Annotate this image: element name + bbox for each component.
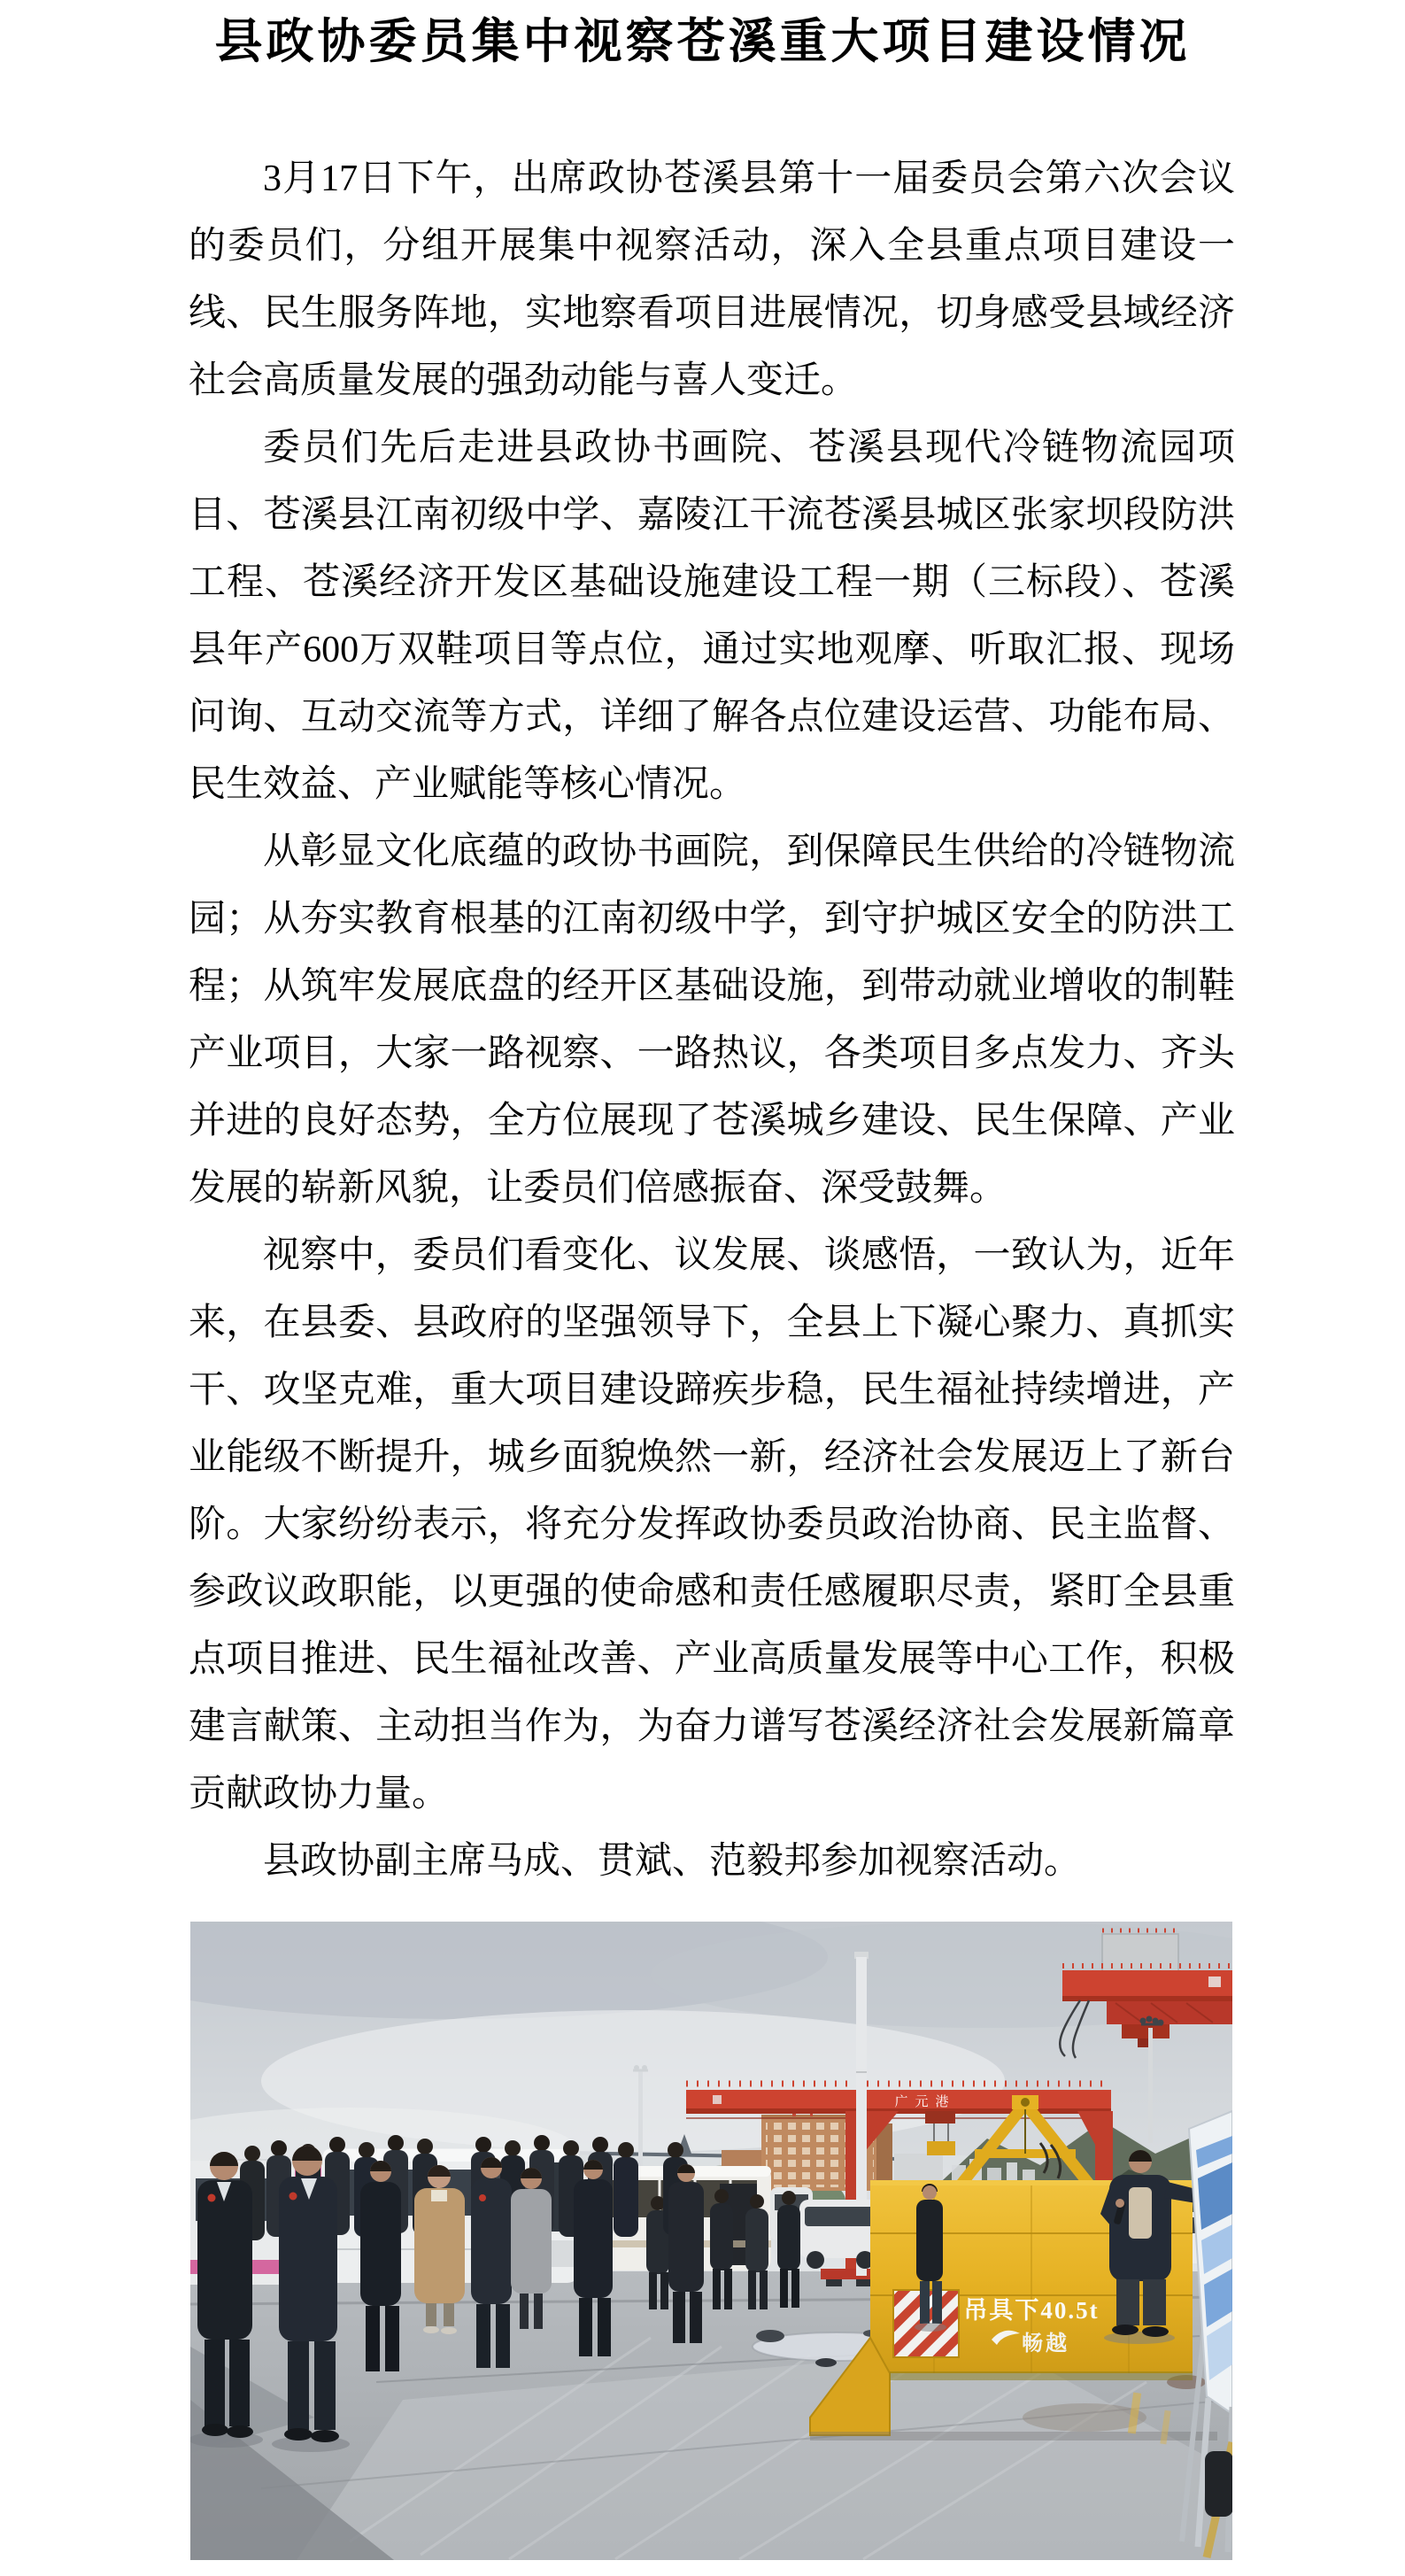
spreader-brand-label: 畅越 bbox=[1022, 2332, 1069, 2356]
spreader-load-label: 吊具下40.5t bbox=[963, 2297, 1099, 2324]
article-page: 县政协委员集中视察苍溪重大项目建设情况 3月17日下午，出席政协苍溪县第十一届委… bbox=[0, 0, 1405, 2576]
inspection-photo: 广元港 bbox=[190, 1922, 1232, 2560]
article-paragraph: 3月17日下午，出席政协苍溪县第十一届委员会第六次会议的委员们，分组开展集中视察… bbox=[189, 145, 1235, 414]
photo-scene: 广元港 bbox=[190, 1922, 1232, 2560]
article-paragraph: 视察中，委员们看变化、议发展、谈感悟，一致认为，近年来，在县委、县政府的坚强领导… bbox=[189, 1222, 1235, 1828]
article-paragraph: 从彰显文化底蕴的政协书画院，到保障民生供给的冷链物流园；从夯实教育根基的江南初级… bbox=[189, 818, 1235, 1222]
article-title: 县政协委员集中视察苍溪重大项目建设情况 bbox=[80, 12, 1325, 71]
article-paragraph: 县政协副主席马成、贯斌、范毅邦参加视察活动。 bbox=[189, 1828, 1235, 1895]
article-body: 3月17日下午，出席政协苍溪县第十一届委员会第六次会议的委员们，分组开展集中视察… bbox=[189, 145, 1235, 1895]
article-paragraph: 委员们先后走进县政协书画院、苍溪县现代冷链物流园项目、苍溪县江南初级中学、嘉陵江… bbox=[189, 414, 1235, 818]
crane-label: 广元港 bbox=[894, 2094, 955, 2109]
